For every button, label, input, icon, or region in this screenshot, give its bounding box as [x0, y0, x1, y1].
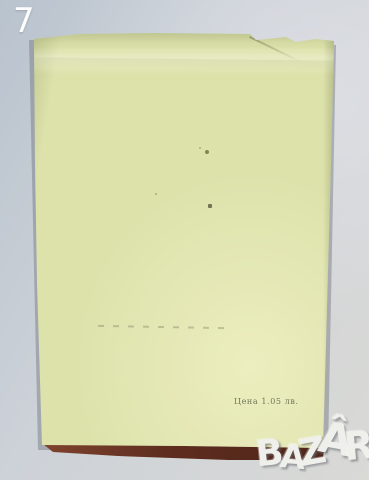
paper-speck	[155, 193, 157, 195]
watermark-letter: R	[342, 426, 369, 467]
jacket-crease	[98, 325, 224, 329]
photo-number-label: 7	[13, 4, 35, 38]
paper-speck	[199, 147, 201, 149]
paper-speck	[205, 150, 209, 154]
bazar-watermark: B A Z Â R	[253, 418, 369, 480]
jacket-crease	[34, 57, 334, 70]
jacket-crease	[249, 36, 300, 62]
book-back-cover: Цена 1.05 лв.	[34, 33, 334, 460]
book-photo: Цена 1.05 лв. 7 B A Z Â R	[0, 0, 369, 480]
paper-speck	[208, 204, 212, 208]
price-label: Цена 1.05 лв.	[234, 397, 299, 407]
